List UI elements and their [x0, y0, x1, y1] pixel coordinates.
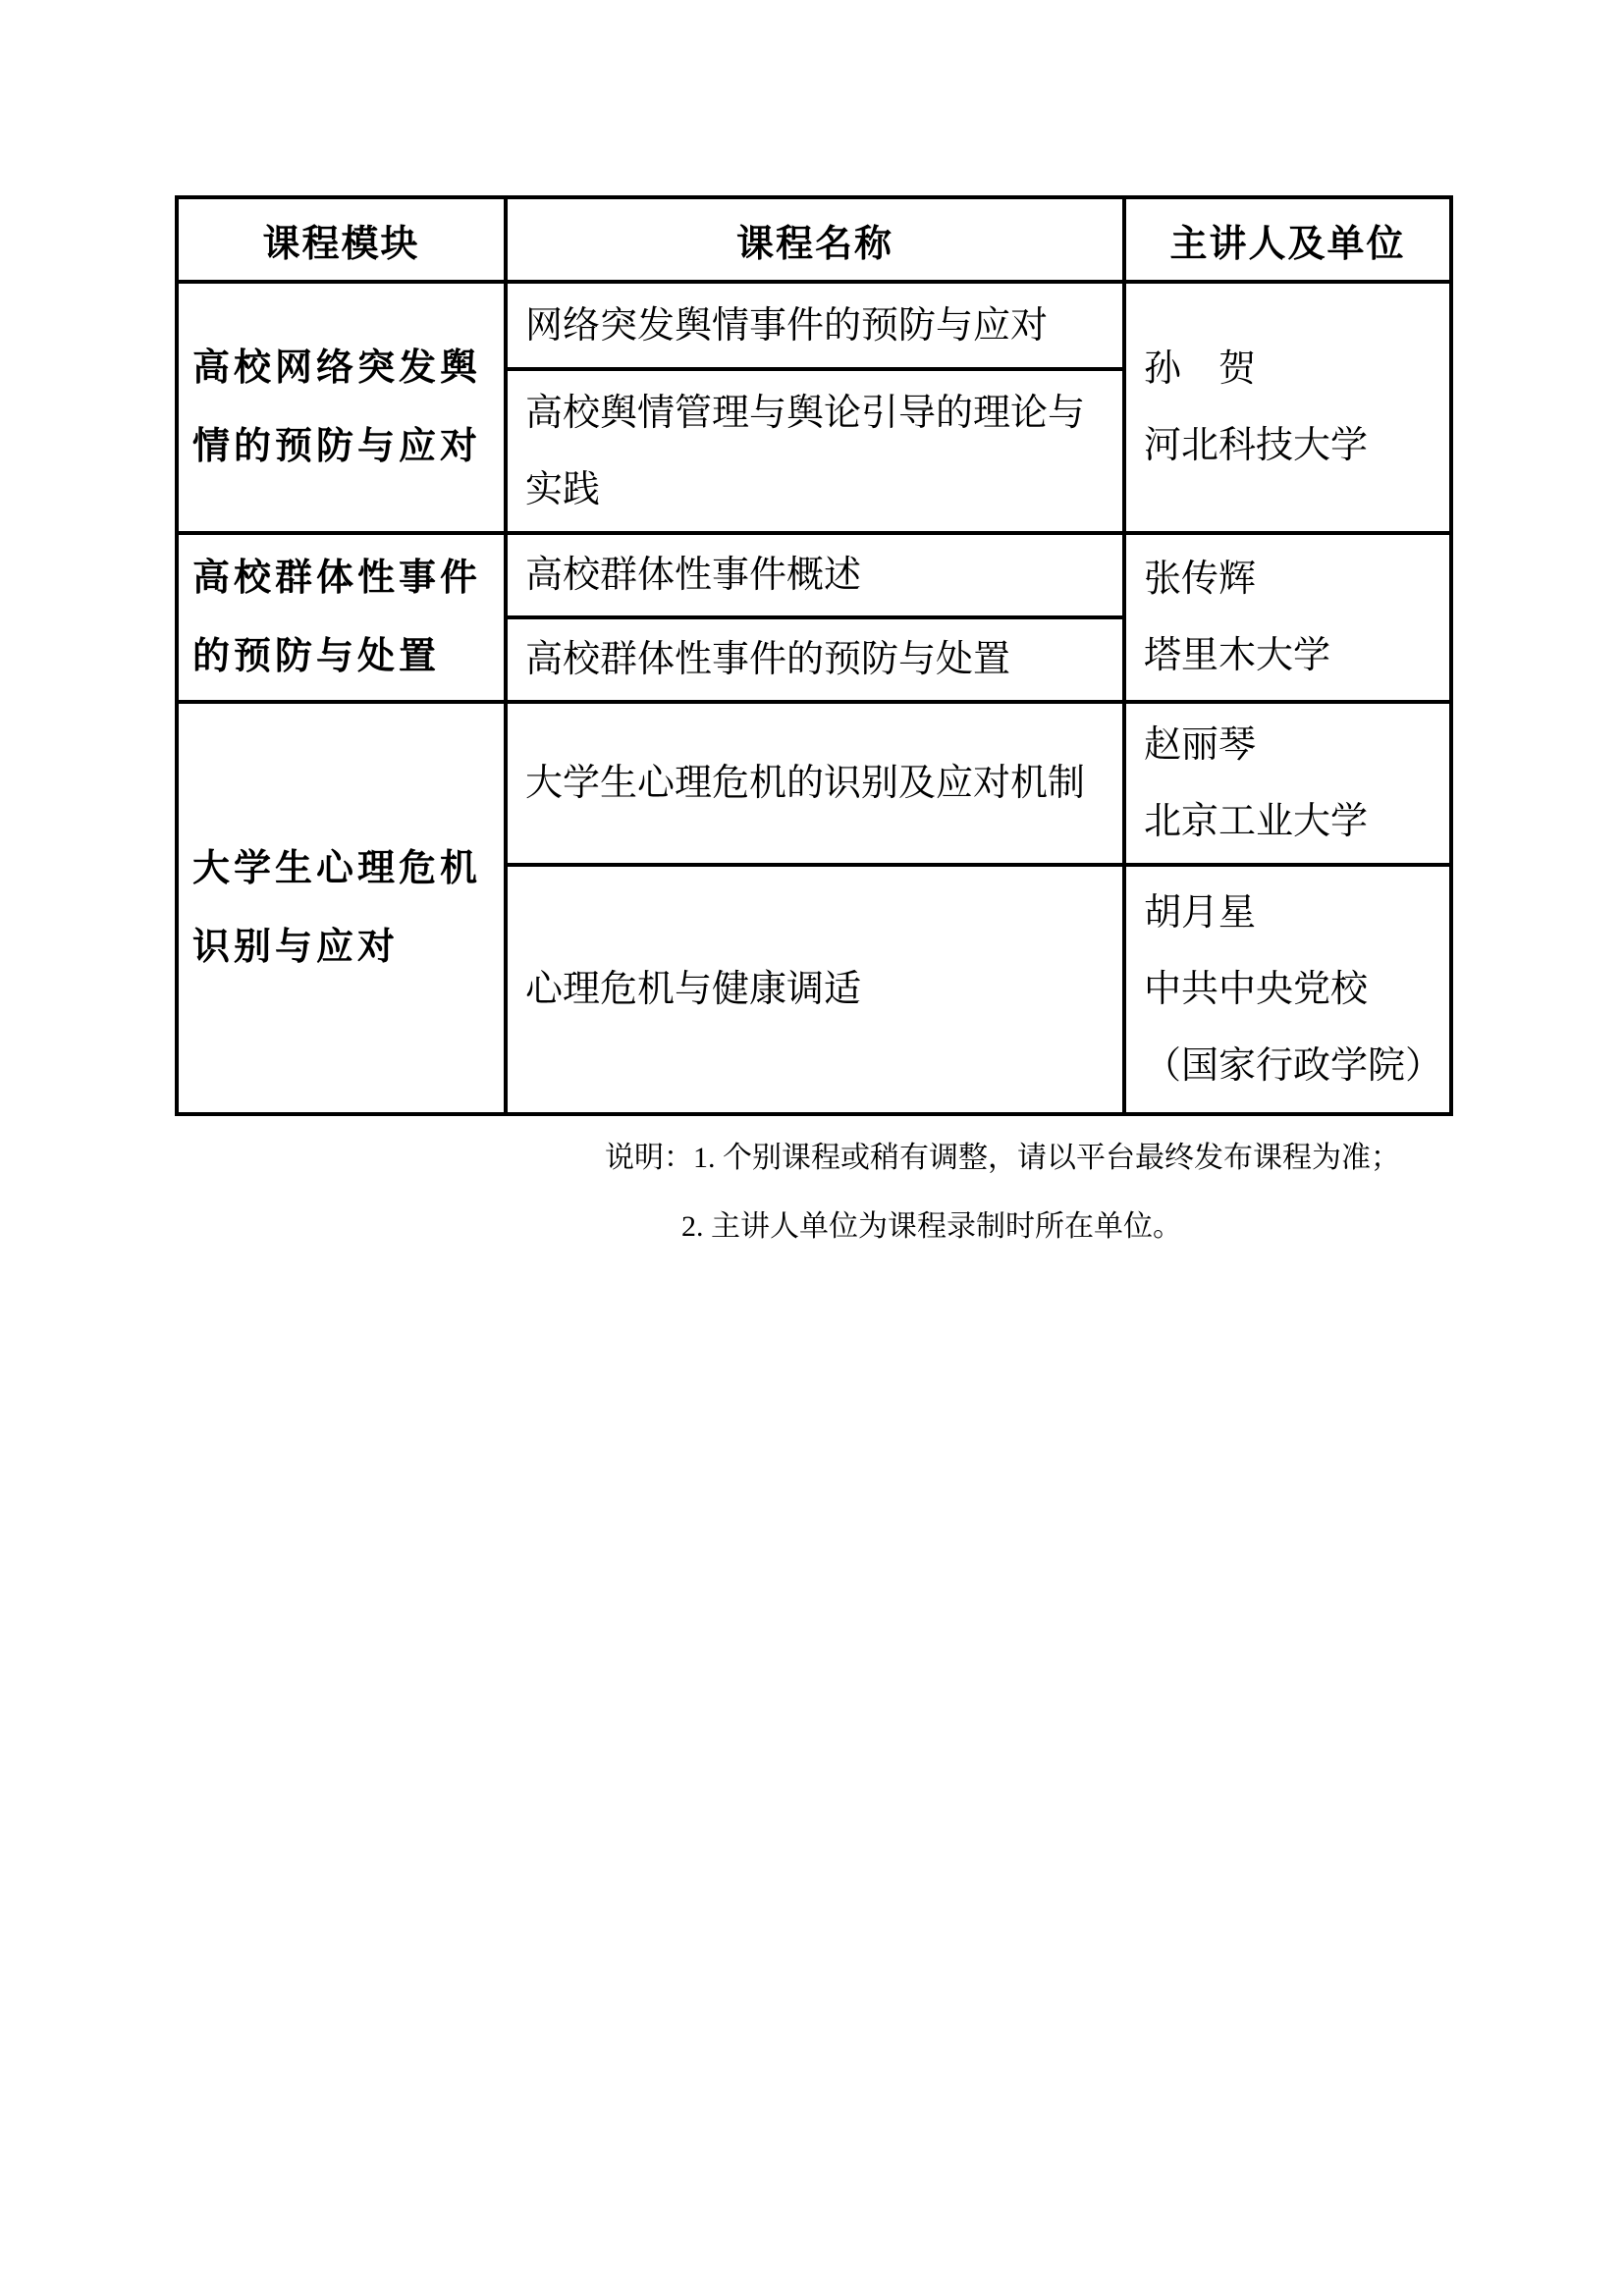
lecturer-name: 赵丽琴 [1144, 707, 1445, 783]
course-cell-2b: 高校群体性事件的预防与处置 [506, 617, 1124, 702]
lecturer-unit: 北京工业大学 [1144, 783, 1445, 860]
course-cell-1a: 网络突发舆情事件的预防与应对 [506, 282, 1124, 369]
col-header-course: 课程名称 [506, 197, 1124, 282]
course-schedule-table: 课程模块 课程名称 主讲人及单位 高校网络突发舆情的预防与应对 网络突发舆情事件… [175, 195, 1453, 1116]
lecturer-name: 孙 贺 [1144, 331, 1445, 407]
lecturer-cell-2: 张传辉 塔里木大学 [1124, 533, 1451, 702]
lecturer-unit-alt: （国家行政学院） [1144, 1028, 1445, 1104]
lecturer-unit: 中共中央党校 [1144, 951, 1445, 1028]
lecturer-name: 胡月星 [1144, 875, 1445, 951]
module-cell-3: 大学生心理危机识别与应对 [177, 702, 506, 1114]
lecturer-cell-3a: 赵丽琴 北京工业大学 [1124, 702, 1451, 865]
table-row: 高校网络突发舆情的预防与应对 网络突发舆情事件的预防与应对 孙 贺 河北科技大学 [177, 282, 1451, 369]
note-line-2: 2. 主讲人单位为课程录制时所在单位。 [681, 1211, 1182, 1243]
course-cell-3b: 心理危机与健康调适 [506, 865, 1124, 1114]
course-cell-3a: 大学生心理危机的识别及应对机制 [506, 702, 1124, 865]
module-cell-1: 高校网络突发舆情的预防与应对 [177, 282, 506, 533]
col-header-module: 课程模块 [177, 197, 506, 282]
document-page: 课程模块 课程名称 主讲人及单位 高校网络突发舆情的预防与应对 网络突发舆情事件… [0, 0, 1624, 2296]
lecturer-cell-1: 孙 贺 河北科技大学 [1124, 282, 1451, 533]
col-header-lecturer: 主讲人及单位 [1124, 197, 1451, 282]
course-cell-2a: 高校群体性事件概述 [506, 533, 1124, 617]
table-row: 大学生心理危机识别与应对 大学生心理危机的识别及应对机制 赵丽琴 北京工业大学 [177, 702, 1451, 865]
table-row: 高校群体性事件的预防与处置 高校群体性事件概述 张传辉 塔里木大学 [177, 533, 1451, 617]
module-cell-2: 高校群体性事件的预防与处置 [177, 533, 506, 702]
header-row: 课程模块 课程名称 主讲人及单位 [177, 197, 1451, 282]
lecturer-cell-3b: 胡月星 中共中央党校 （国家行政学院） [1124, 865, 1451, 1114]
course-cell-1b: 高校舆情管理与舆论引导的理论与实践 [506, 369, 1124, 533]
lecturer-unit: 塔里木大学 [1144, 617, 1445, 694]
lecturer-unit: 河北科技大学 [1144, 407, 1445, 484]
note-line-1: 说明：1. 个别课程或稍有调整，请以平台最终发布课程为准； [605, 1143, 1400, 1174]
lecturer-name: 张传辉 [1144, 541, 1445, 617]
